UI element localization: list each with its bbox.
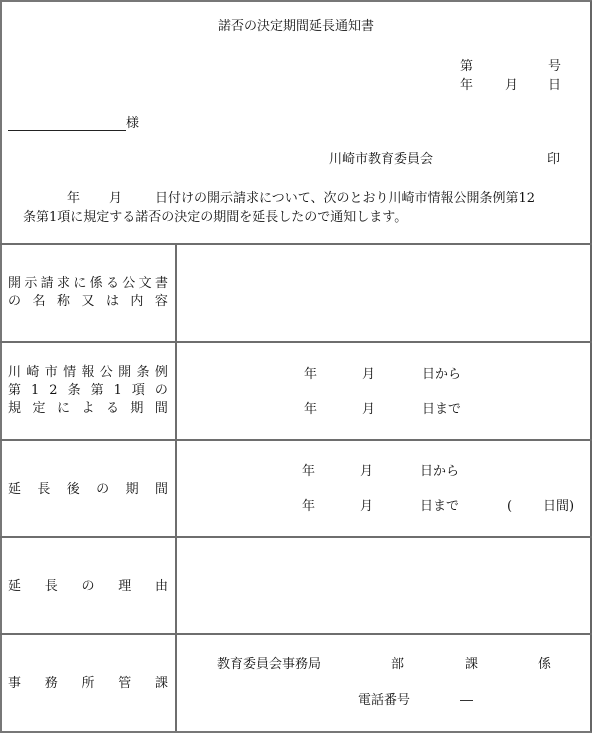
period-to-year: 年 — [304, 403, 317, 416]
label-line: 規定による期間 — [8, 400, 168, 418]
office-subsection: 係 — [538, 658, 551, 671]
period-to-day: 日まで — [422, 403, 461, 416]
date-day: 日 — [548, 79, 561, 92]
period-to-month: 月 — [362, 403, 375, 416]
row-divider — [0, 341, 592, 343]
row-label-reason: 延長の理由 — [8, 578, 168, 596]
phone-label: 電話番号 — [358, 694, 410, 707]
extended-to-year: 年 — [302, 500, 315, 513]
label-line: 延長の理由 — [8, 578, 168, 596]
days-count: 日間) — [543, 500, 574, 513]
period-from-month: 月 — [362, 368, 375, 381]
reason-field[interactable] — [178, 539, 588, 632]
period-from-day: 日から — [422, 368, 461, 381]
row-label-extended-period: 延長後の期間 — [8, 481, 168, 499]
label-line: 開示請求に係る公文書 — [8, 275, 168, 293]
document-name-field[interactable] — [178, 246, 588, 340]
row-label-ordinance-period: 川崎市情報公開条例 第12条第1項の 規定による期間 — [8, 364, 168, 418]
office-section: 課 — [465, 658, 478, 671]
office-bureau: 教育委員会事務局 — [217, 658, 321, 671]
body-line2: 条第1項に規定する諾否の決定の期間を延長したので通知します。 — [23, 211, 407, 224]
extended-from-month: 月 — [360, 465, 373, 478]
body-year: 年 — [67, 192, 80, 205]
seal-mark: 印 — [547, 153, 560, 166]
label-line: 第12条第1項の — [8, 382, 168, 400]
extended-from-day: 日から — [420, 465, 459, 478]
label-line: の名称又は内容 — [8, 293, 168, 311]
addressee-line[interactable] — [8, 130, 126, 131]
column-divider — [175, 244, 177, 731]
period-from-year: 年 — [304, 368, 317, 381]
label-line: 延長後の期間 — [8, 481, 168, 499]
row-label-office: 事務所管課 — [8, 675, 168, 693]
row-divider — [0, 633, 592, 635]
row-divider — [0, 536, 592, 538]
body-month: 月 — [109, 192, 122, 205]
body-line1: 日付けの開示請求について、次のとおり川崎市情報公開条例第12 — [155, 192, 535, 205]
days-paren-open: ( — [507, 500, 512, 513]
number-suffix: 号 — [548, 60, 561, 73]
extended-to-month: 月 — [360, 500, 373, 513]
phone-dash: ― — [460, 694, 473, 707]
addressee-suffix: 様 — [126, 117, 139, 130]
office-department: 部 — [391, 658, 404, 671]
table-top-border — [0, 243, 592, 245]
issuer-name: 川崎市教育委員会 — [329, 153, 433, 166]
document-title: 諾否の決定期間延長通知書 — [0, 20, 592, 33]
row-label-document-name: 開示請求に係る公文書 の名称又は内容 — [8, 275, 168, 311]
date-month: 月 — [505, 79, 518, 92]
label-line: 川崎市情報公開条例 — [8, 364, 168, 382]
date-year: 年 — [460, 79, 473, 92]
extended-from-year: 年 — [302, 465, 315, 478]
row-divider — [0, 439, 592, 441]
extended-to-day: 日まで — [420, 500, 459, 513]
label-line: 事務所管課 — [8, 675, 168, 693]
number-prefix: 第 — [460, 60, 473, 73]
